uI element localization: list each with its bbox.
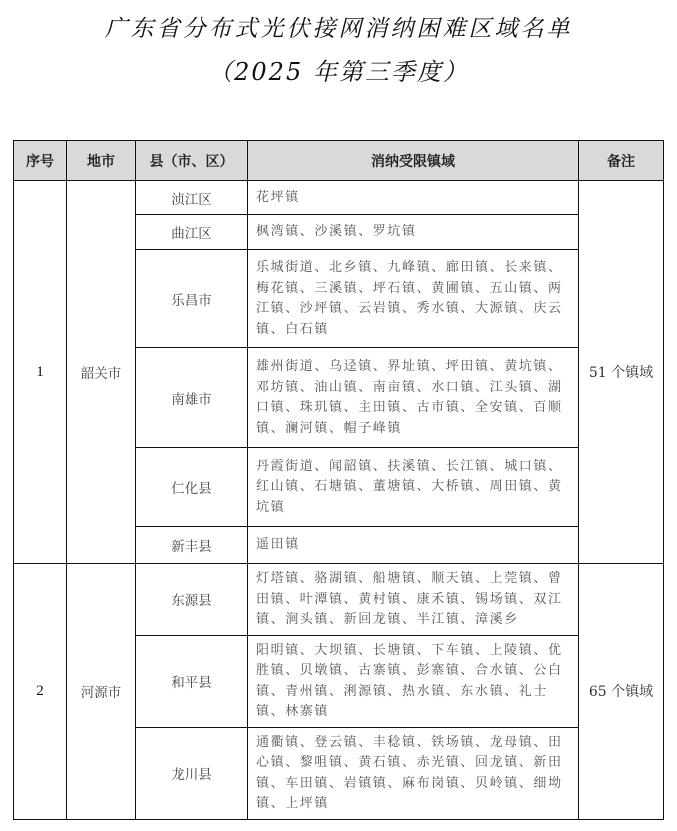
county-name: 乐昌市 (136, 250, 248, 348)
group-city: 河源市 (67, 564, 136, 820)
county-name: 和平县 (136, 635, 248, 727)
county-name: 曲江区 (136, 215, 248, 250)
header-index: 序号 (14, 141, 67, 181)
group-note: 65 个镇域 (579, 564, 664, 820)
county-towns: 阳明镇、大坝镇、长塘镇、下车镇、上陵镇、优胜镇、贝墩镇、古寨镇、彭寨镇、合水镇、… (248, 635, 579, 727)
group-index: 2 (14, 564, 67, 820)
document-title: 广东省分布式光伏接网消纳困难区域名单 (0, 10, 677, 43)
county-towns: 遥田镇 (248, 527, 579, 564)
group-note: 51 个镇域 (579, 181, 664, 564)
table-row: 2 河源市 东源县 灯塔镇、骆湖镇、船塘镇、顺天镇、上莞镇、曾田镇、叶潭镇、黄村… (14, 564, 664, 636)
county-name: 新丰县 (136, 527, 248, 564)
county-name: 龙川县 (136, 727, 248, 819)
header-towns: 消纳受限镇域 (248, 141, 579, 181)
header-city: 地市 (67, 141, 136, 181)
county-towns: 乐城街道、北乡镇、九峰镇、廊田镇、长来镇、梅花镇、三溪镇、坪石镇、黄圃镇、五山镇… (248, 250, 579, 348)
county-towns: 丹霞街道、闻韶镇、扶溪镇、长江镇、城口镇、红山镇、石塘镇、董塘镇、大桥镇、周田镇… (248, 448, 579, 527)
county-towns: 通衢镇、登云镇、丰稔镇、铁场镇、龙母镇、田心镇、黎咀镇、黄石镇、赤光镇、回龙镇、… (248, 727, 579, 819)
county-towns: 枫湾镇、沙溪镇、罗坑镇 (248, 215, 579, 250)
county-name: 南雄市 (136, 348, 248, 448)
group-city: 韶关市 (67, 181, 136, 564)
county-towns: 雄州街道、乌迳镇、界址镇、坪田镇、黄坑镇、邓坊镇、油山镇、南亩镇、水口镇、江头镇… (248, 348, 579, 448)
county-name: 浈江区 (136, 181, 248, 215)
county-name: 东源县 (136, 564, 248, 636)
restricted-areas-table: 序号 地市 县（市、区） 消纳受限镇域 备注 1 韶关市 浈江区 花坪镇 51 … (13, 140, 664, 820)
county-name: 仁化县 (136, 448, 248, 527)
document-subtitle: （2025 年第三季度） (0, 52, 677, 87)
table-row: 1 韶关市 浈江区 花坪镇 51 个镇域 (14, 181, 664, 215)
county-towns: 灯塔镇、骆湖镇、船塘镇、顺天镇、上莞镇、曾田镇、叶潭镇、黄村镇、康禾镇、锡场镇、… (248, 564, 579, 636)
header-note: 备注 (579, 141, 664, 181)
table-header-row: 序号 地市 县（市、区） 消纳受限镇域 备注 (14, 141, 664, 181)
group-index: 1 (14, 181, 67, 564)
header-county: 县（市、区） (136, 141, 248, 181)
county-towns: 花坪镇 (248, 181, 579, 215)
